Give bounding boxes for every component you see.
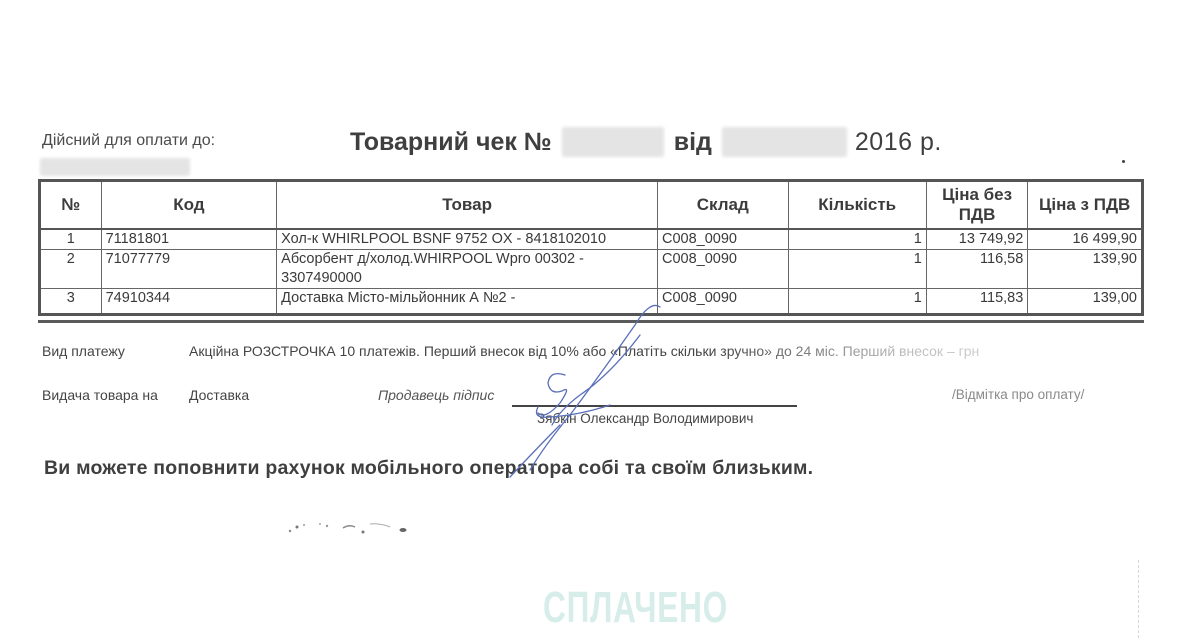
payment-type-label: Вид платежу xyxy=(42,343,125,359)
table-row: 1 71181801 Хол-к WHIRLPOOL BSNF 9752 OX … xyxy=(40,229,1143,250)
row-warehouse: C008_0090 xyxy=(657,229,788,250)
row-code: 74910344 xyxy=(101,289,277,315)
table-header-row: № Код Товар Склад Кількість Ціна без ПДВ… xyxy=(40,181,1143,230)
row-item: Доставка Місто-мільйонник А №2 - xyxy=(277,289,658,315)
signature-line xyxy=(512,405,797,407)
row-price-vat: 139,90 xyxy=(1028,250,1143,289)
row-price-no-vat: 116,58 xyxy=(926,250,1027,289)
col-header-warehouse: Склад xyxy=(657,181,788,230)
valid-until-label: Дійсний для оплати до: xyxy=(42,132,215,150)
row-warehouse: C008_0090 xyxy=(657,289,788,315)
col-header-price-no-vat-line2: ПДВ xyxy=(959,205,996,224)
col-header-number: № xyxy=(40,181,102,230)
row-price-no-vat: 115,83 xyxy=(926,289,1027,315)
row-number: 3 xyxy=(40,289,102,315)
receipt-title: Товарний чек № від 2016 р. xyxy=(350,127,942,157)
delivery-value: Доставка xyxy=(189,387,249,403)
paid-stamp: СПЛАЧЕНО xyxy=(543,583,728,633)
row-item: Хол-к WHIRLPOOL BSNF 9752 OX - 841810201… xyxy=(277,229,658,250)
table-row: 3 74910344 Доставка Місто-мільйонник А №… xyxy=(40,289,1143,315)
receipt-number-redacted xyxy=(562,127,664,157)
row-quantity: 1 xyxy=(788,250,926,289)
col-header-item: Товар xyxy=(277,181,658,230)
table-row: 2 71077779 Абсорбент д/холод.WHIRPOOL Wp… xyxy=(40,250,1143,289)
col-header-price-no-vat: Ціна без ПДВ xyxy=(926,181,1027,230)
row-code: 71181801 xyxy=(101,229,277,250)
speck xyxy=(1122,160,1125,163)
seller-name: Зябкін Олександр Володимирович xyxy=(537,411,753,426)
row-item: Абсорбент д/холод.WHIRPOOL Wpro 00302 - … xyxy=(277,250,658,289)
row-quantity: 1 xyxy=(788,229,926,250)
valid-until-redacted xyxy=(40,158,190,176)
row-quantity: 1 xyxy=(788,289,926,315)
stamp-remnant-specks xyxy=(285,515,425,539)
title-from-word: від xyxy=(674,128,712,157)
payment-type-value: Акційна РОЗСТРОЧКА 10 платежів. Перший в… xyxy=(189,343,1089,359)
row-price-no-vat: 13 749,92 xyxy=(926,229,1027,250)
col-header-quantity: Кількість xyxy=(788,181,926,230)
items-table: № Код Товар Склад Кількість Ціна без ПДВ… xyxy=(38,179,1144,316)
promo-text: Ви можете поповнити рахунок мобільного о… xyxy=(44,457,813,480)
delivery-label: Видача товара на xyxy=(42,387,158,403)
payment-mark-label: /Відмітка про оплату/ xyxy=(952,387,1084,402)
row-price-vat: 16 499,90 xyxy=(1028,229,1143,250)
row-warehouse: C008_0090 xyxy=(657,250,788,289)
title-prefix: Товарний чек № xyxy=(350,128,552,157)
row-code: 71077779 xyxy=(101,250,277,289)
row-price-vat: 139,00 xyxy=(1028,289,1143,315)
col-header-price-no-vat-line1: Ціна без xyxy=(942,185,1012,204)
receipt-year: 2016 р. xyxy=(855,128,942,157)
page-edge-mark xyxy=(1138,560,1143,638)
row-number: 1 xyxy=(40,229,102,250)
seller-signature-label: Продавець підпис xyxy=(378,387,494,403)
col-header-code: Код xyxy=(101,181,277,230)
row-number: 2 xyxy=(40,250,102,289)
table-bottom-rule xyxy=(38,320,1144,323)
receipt-date-redacted xyxy=(722,127,847,157)
col-header-price-vat: Ціна з ПДВ xyxy=(1028,181,1143,230)
